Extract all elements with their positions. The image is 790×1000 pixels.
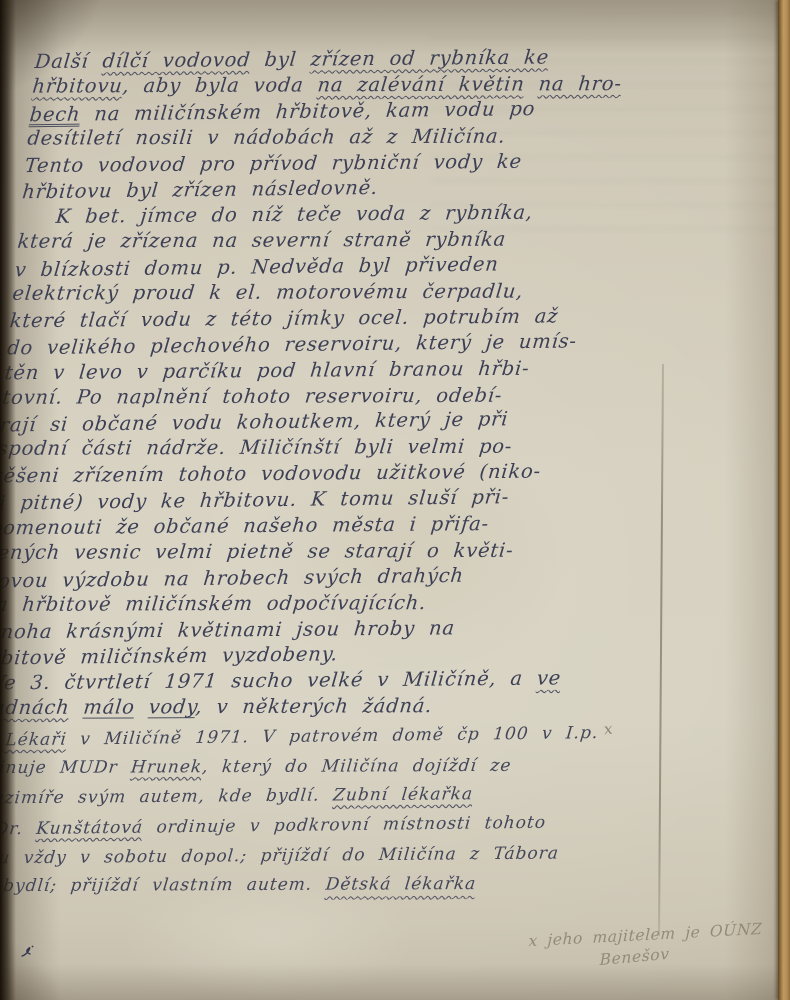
text-segment: ordinuje v podkrovní místnosti tohoto (142, 813, 547, 838)
handwritten-line: kde bydlí; přijíždí vlastním autem. Děts… (0, 874, 616, 906)
text-segment: , aby byla voda (122, 73, 319, 97)
underlined-text: Zubní lékařka (332, 785, 474, 806)
text-segment: které tlačí vodu z této jímky ocel. potr… (9, 304, 560, 332)
footnote-x-marker: x (603, 720, 613, 739)
text-segment: na miličínském hřbitově, kam vodu po (79, 97, 536, 126)
underlined-text: dílčí vodovod (102, 48, 252, 72)
underlined-text: na hro- (538, 72, 623, 95)
text-segment: kde bydlí; přijíždí vlastním autem. (0, 875, 327, 897)
scanned-page: Další dílčí vodovod byl zřízen od rybník… (0, 0, 790, 1000)
underlined-text: ve (536, 667, 562, 690)
text-segment: těšeni zřízením tohoto vodovodu užitkové… (0, 460, 542, 488)
handwritten-line: spodní části nádrže. Miličínští byli vel… (0, 434, 658, 463)
pencil-annotation: x jeho majitelem je OÚNZ Benešov (527, 920, 762, 971)
underlined-text: Kunštátová (35, 818, 144, 839)
text-segment: Další (34, 49, 104, 73)
text-segment: , který do Miličína dojíždí ze (201, 756, 512, 777)
corner-ink-mark (20, 942, 40, 960)
text-segment: na hřbitově miličínském odpočívajících. (0, 591, 427, 616)
text-segment: elektrický proud k el. motorovému čerpad… (11, 280, 524, 305)
text-segment: Tento vodovod pro přívod rybniční vody k… (24, 149, 523, 176)
text-segment: hřbitovu byl zřízen následovně. (21, 176, 379, 203)
text-segment: hřbitově miličínském vyzdobeny. (0, 643, 339, 670)
text-segment: tovní. Po naplnění tohoto reservoiru, od… (1, 383, 503, 408)
handwritten-line: studnách málo vody, v některých žádná. (0, 694, 634, 723)
book-edge-right (778, 0, 790, 1000)
underlined-text: na zalévání květin (317, 72, 526, 96)
text-segment: v Miličíně 1971. V patrovém domě čp 100 … (66, 723, 599, 750)
underlined-text: vody (148, 695, 197, 718)
handwritten-text: Další dílčí vodovod byl zřízen od rybník… (0, 44, 696, 907)
pencil-margin-line (658, 364, 663, 936)
text-segment: spodní části nádrže. Miličínští byli vel… (0, 435, 513, 460)
handwritten-line: na hřbitově miličínském odpočívajících. (0, 590, 643, 619)
handwritten-line: desítiletí nosili v nádobách až z Miličí… (26, 123, 688, 152)
text-segment: K bet. jímce do níž teče voda z rybníka, (55, 201, 534, 228)
underlined-text: Dětská lékařka (325, 874, 478, 895)
handwritten-line: ordinuje MUDr Hrunek, který do Miličína … (0, 755, 628, 787)
underlined-text: málo (82, 696, 136, 719)
text-segment: Mnoha krásnými květinami jsou hroby na (0, 616, 456, 643)
text-segment: v blízkosti domu p. Nedvěda byl přiveden (14, 253, 500, 282)
text-segment: rají si občané vodu kohoutkem, který je … (0, 408, 509, 437)
underlined-text: bech (29, 102, 82, 126)
text-segment: novou výzdobu na hrobech svých drahých (0, 564, 465, 593)
text-segment: řených vesnic velmi pietně se starají o … (0, 539, 515, 564)
text-segment: desítiletí nosili v nádobách až z Miličí… (26, 124, 506, 149)
paper-shading-bottom (0, 964, 790, 1000)
text-segment: Střezimíře svým autem, kde bydlí. (0, 786, 334, 809)
text-segment: , v některých žádná. (195, 694, 434, 718)
underlined-text: zřízen od rybníka ke (310, 46, 551, 71)
handwritten-line: elektrický proud k el. motorovému čerpad… (11, 279, 673, 308)
text-segment: ordinuje MUDr (0, 757, 132, 778)
underlined-text: Hrunek (130, 757, 203, 777)
page-edge-left (0, 0, 16, 1000)
text-segment: li pitné) vody ke hřbitovu. K tomu sluší… (0, 485, 510, 514)
text-segment: která je zřízena na severní straně rybní… (16, 228, 507, 253)
text-segment: byl (249, 48, 311, 72)
underlined-text: hřbitovu (31, 74, 123, 97)
